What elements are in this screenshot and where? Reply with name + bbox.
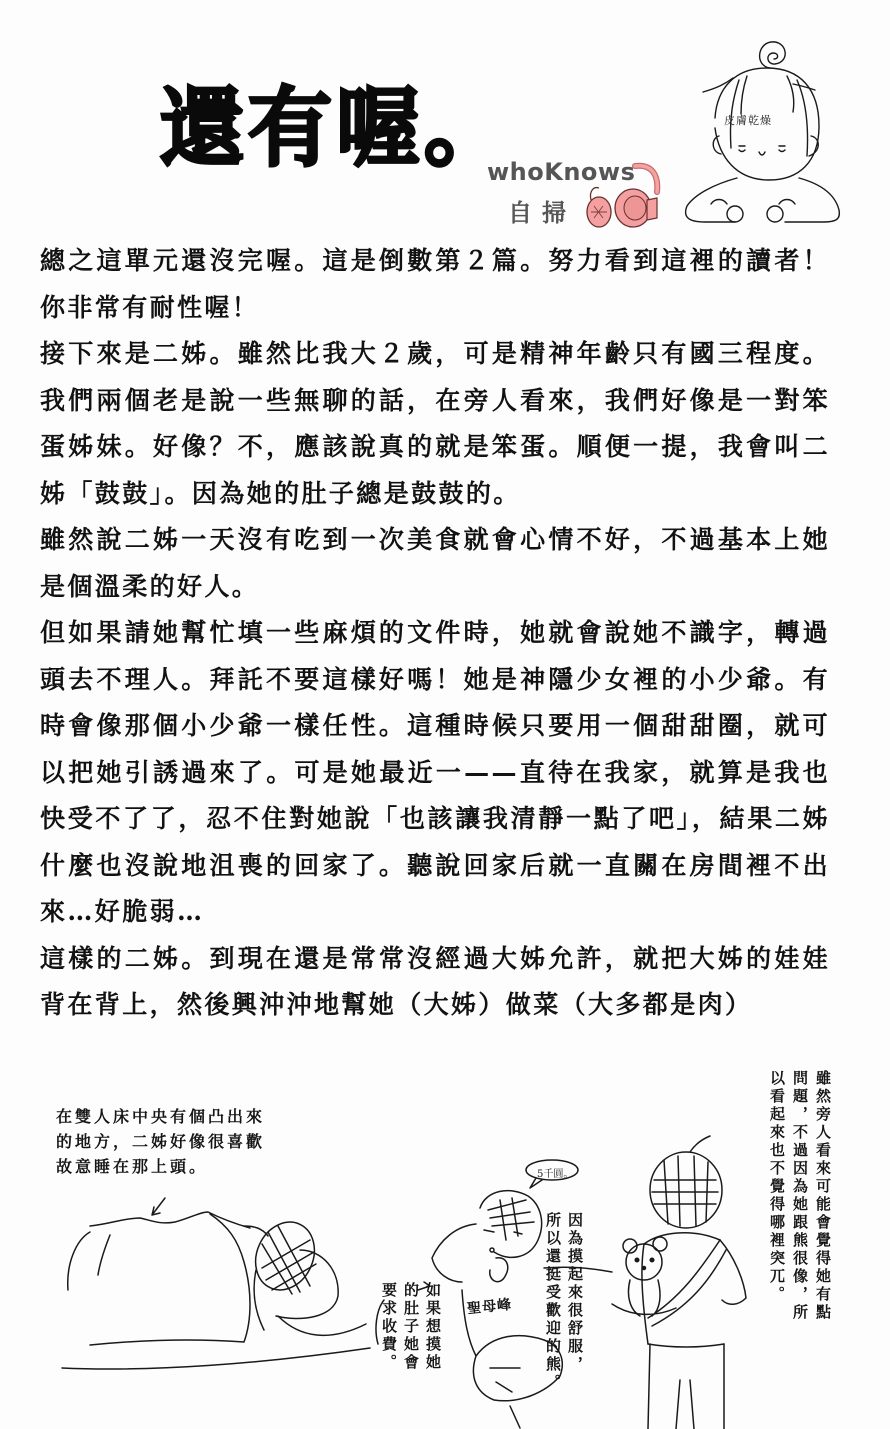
author-portrait-illustration [675, 28, 875, 228]
paragraph: 但如果請她幫忙填一些麻煩的文件時，她就會說她不識字，轉過頭去不理人。拜託不要這樣… [40, 610, 830, 936]
page-title: 還有喔。 [160, 85, 512, 171]
paragraph: 接下來是二姊。雖然比我大２歲，可是精神年齡只有國三程度。我們兩個老是說一些無聊的… [40, 331, 830, 517]
portrait-label: 皮膚乾燥 [724, 112, 772, 128]
bear-note-col3: 以看起來也不覺得哪裡突兀。 [766, 1070, 787, 1304]
comic-page: 還有喔。 whoKnows 自掃 皮膚乾燥 總之這單元還 [0, 0, 890, 1429]
bed-caption: 在雙人床中央有個凸出來的地方，二姊好像很喜歡故意睡在那上頭。 [56, 1104, 276, 1179]
bed-bump-arrow-icon [152, 1198, 165, 1215]
popular-caption-col2: 所以還挺受歡迎的熊。 [542, 1212, 563, 1392]
paragraph: 這樣的二姊。到現在還是常常沒經過大姊允許，就把大姊的娃娃背在背上，然後興沖沖地幫… [40, 936, 830, 1029]
belly-fee-caption-col2: 的肚子她會 [400, 1282, 421, 1372]
belly-fee-caption-col1: 如果想摸她 [422, 1282, 443, 1372]
paragraph: 雖然說二姊一天沒有吃到一次美食就會心情不好，不過基本上她是個溫柔的好人。 [40, 517, 830, 610]
bear-note-col1: 雖然旁人看來可能會覺得她有點 [812, 1070, 833, 1322]
author-name-zh: 自掃 [508, 193, 576, 228]
paragraph: 總之這單元還沒完喔。這是倒數第２篇。努力看到這裡的讀者！你非常有耐性喔！ [40, 238, 830, 331]
headphones-icon [585, 160, 665, 230]
popular-caption-col1: 因為摸起來很舒服， [564, 1212, 585, 1374]
belly-fee-caption-col3: 要求收費。 [378, 1282, 399, 1372]
speech-bubble-text: 5千圓。 [537, 1165, 573, 1180]
bear-note-col2: 問題，不過因為她跟熊很像，所 [789, 1070, 810, 1322]
article-body: 總之這單元還沒完喔。這是倒數第２篇。努力看到這裡的讀者！你非常有耐性喔！ 接下來… [40, 238, 830, 1029]
